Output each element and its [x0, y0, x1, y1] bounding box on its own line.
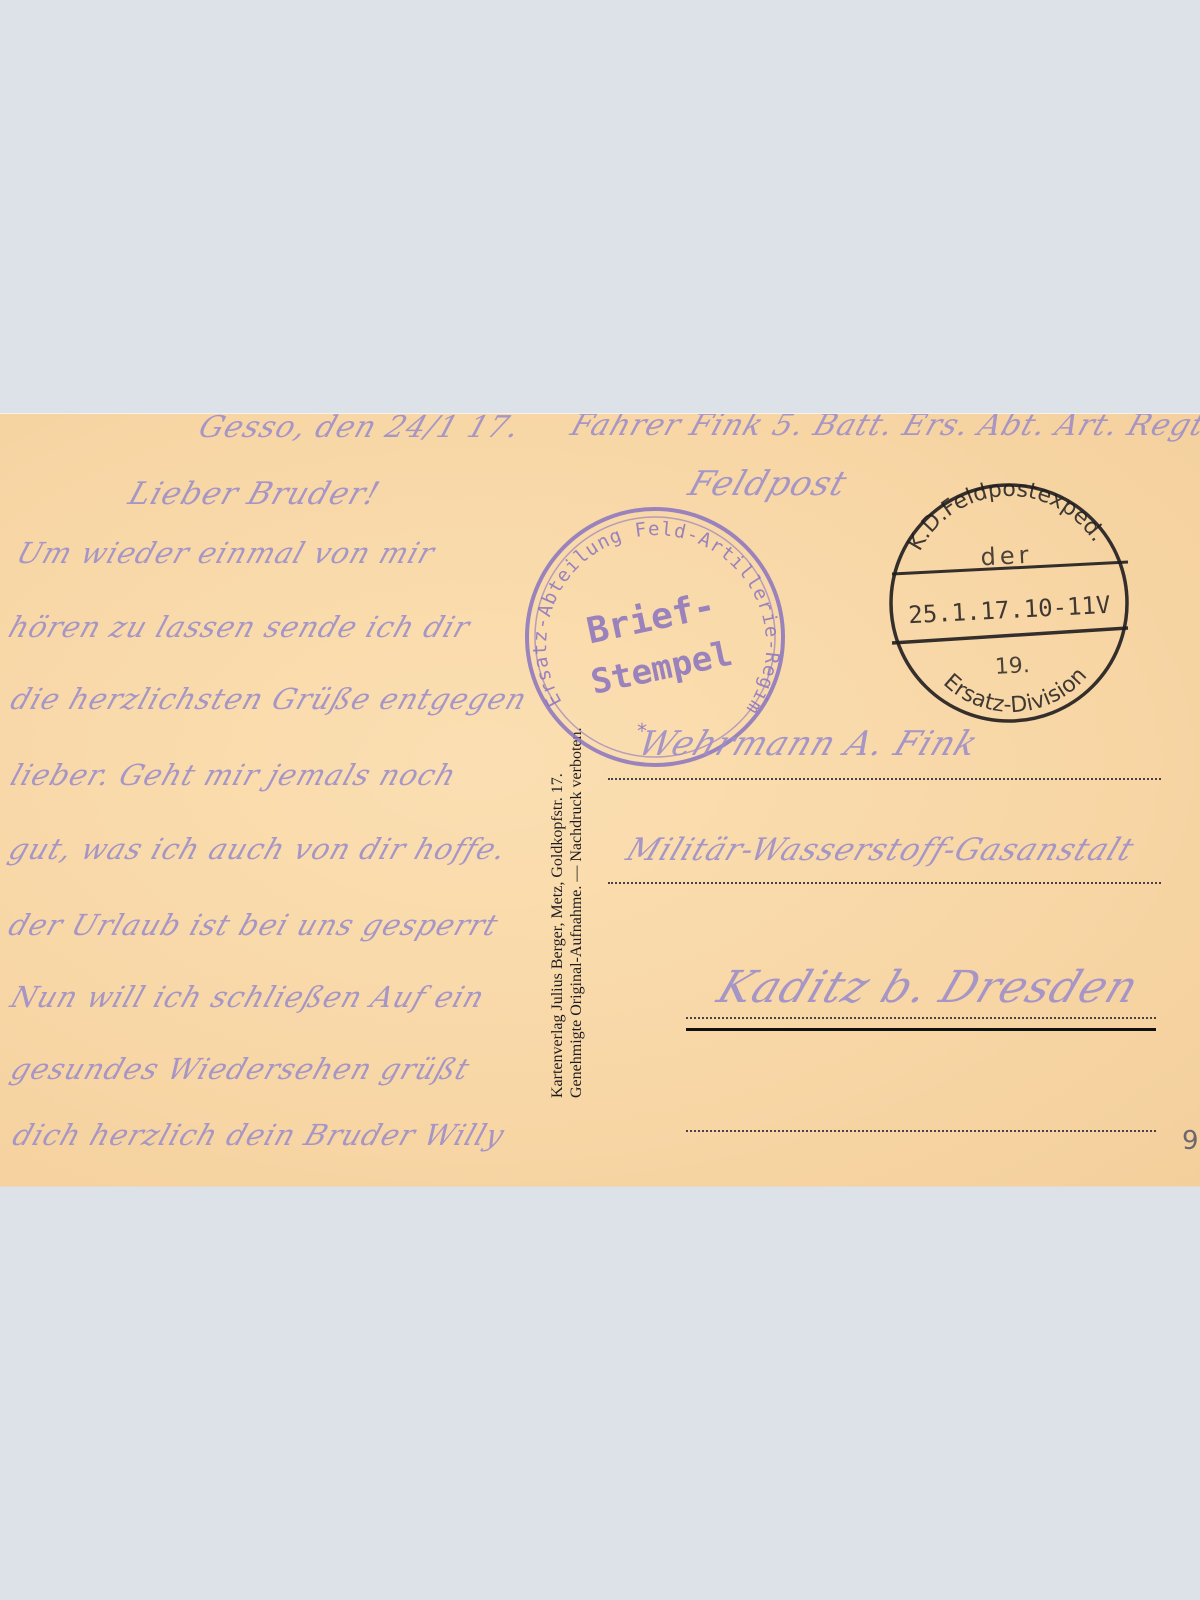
address-line-2: Militär-Wasserstoff-Gasanstalt — [621, 832, 1139, 868]
address-rule-2 — [608, 882, 1161, 884]
message-line: dich herzlich dein Bruder Willy — [8, 1118, 509, 1152]
field-postmark: K.D.Feldpostexped. der 25.1.17.10-11V 19… — [884, 478, 1134, 728]
message-line: gesundes Wiedersehen grüßt — [6, 1052, 474, 1086]
address-line-1: Wehrmann A. Fink — [633, 724, 984, 764]
address-line-3: Kaditz b. Dresden — [711, 962, 1146, 1013]
sender-line: Fahrer Fink 5. Batt. Ers. Abt. Art. Regt… — [566, 414, 1200, 443]
message-line: die herzlichsten Grüße entgegen — [6, 682, 531, 716]
postmark-division-number: 19. — [994, 653, 1030, 680]
address-rule-3 — [686, 1017, 1156, 1019]
message-line: Um wieder einmal von mir — [12, 536, 439, 570]
address-underline — [686, 1028, 1156, 1031]
imprint-line-1: Kartenverlag Julius Berger, Metz, Goldko… — [548, 727, 567, 1098]
imprint-line-2: Genehmigte Original-Aufnahme. — Nachdruc… — [567, 727, 586, 1098]
message-dateline: Gesso, den 24/1 17. — [194, 414, 524, 445]
publisher-imprint: Kartenverlag Julius Berger, Metz, Goldko… — [548, 727, 586, 1098]
postcard-back: Gesso, den 24/1 17. Lieber Bruder! Um wi… — [0, 414, 1200, 1186]
message-line: hören zu lassen sende ich dir — [4, 610, 474, 644]
address-rule-4 — [686, 1130, 1156, 1132]
message-line: lieber. Geht mir jemals noch — [6, 758, 461, 792]
pencil-number: 9 — [1182, 1126, 1199, 1156]
message-line: gut, was ich auch von dir hoffe. — [4, 832, 511, 866]
address-rule-1 — [608, 778, 1161, 780]
message-line: der Urlaub ist bei uns gesperrt — [4, 908, 503, 942]
message-line: Nun will ich schließen Auf ein — [6, 980, 489, 1014]
message-salutation: Lieber Bruder! — [124, 476, 384, 512]
postmark-date: 25.1.17.10-11V — [908, 591, 1111, 630]
feldpost-mark: Feldpost — [684, 464, 853, 504]
postmark-top-center: der — [980, 541, 1033, 572]
